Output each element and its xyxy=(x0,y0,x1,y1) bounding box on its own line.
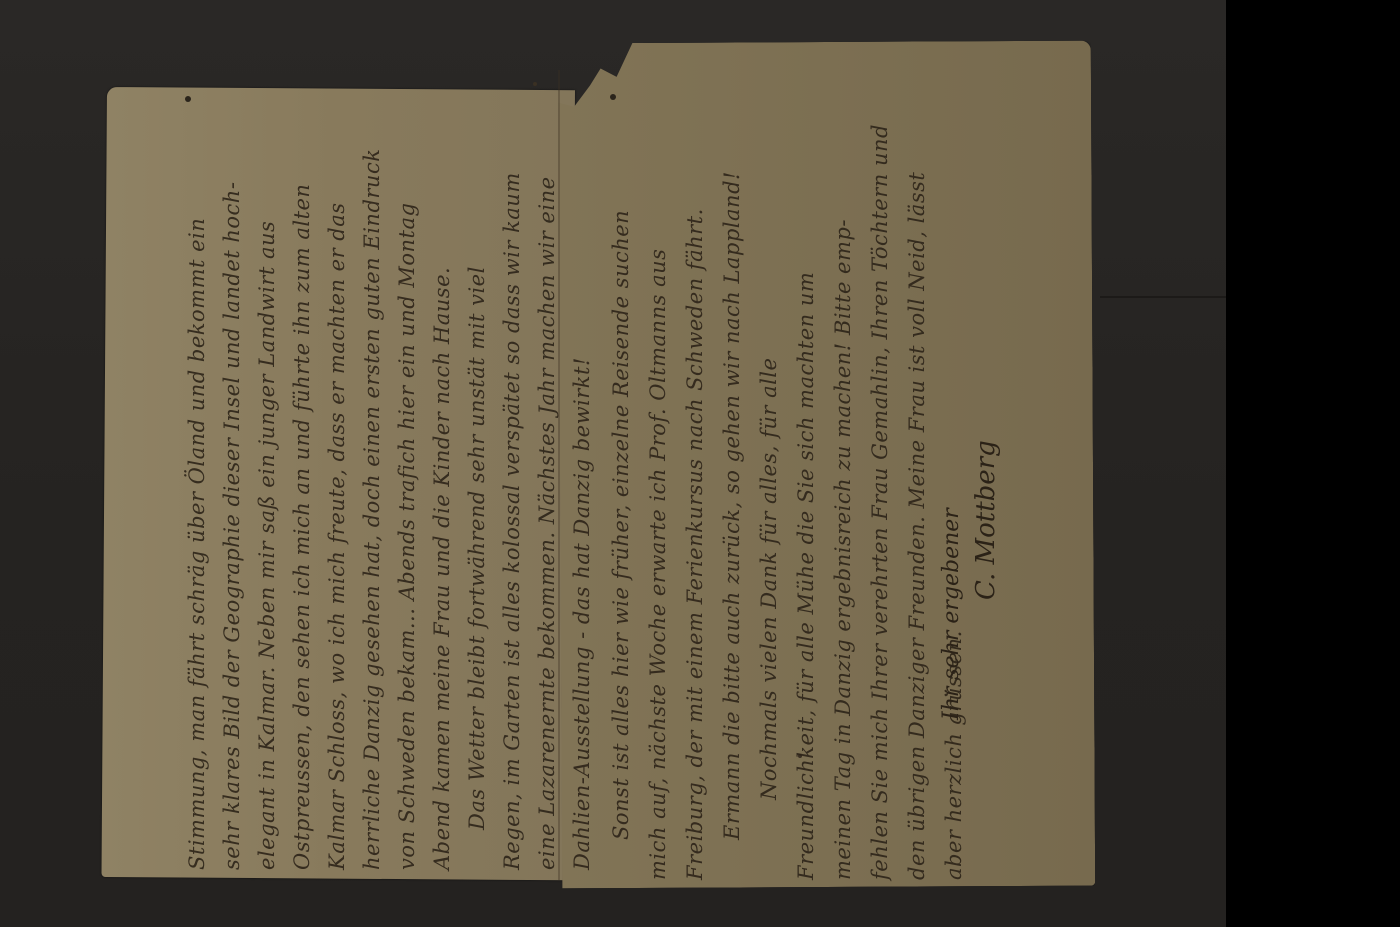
closing-salutation: Ihr sehr ergebener xyxy=(935,440,969,720)
handwritten-line: Freiburg, der mit einem Ferienkursus nac… xyxy=(677,80,714,880)
handwritten-line: sehr klares Bild der Geographie dieser I… xyxy=(215,110,250,870)
handwritten-line: Kalmar Schloss, wo ich mich freute, dass… xyxy=(320,110,355,870)
right-page-text: Sonst ist alles hier wie früher, einzeln… xyxy=(603,80,973,880)
handwritten-line: Dahlien-Ausstellung - das hat Danzig bew… xyxy=(565,110,600,870)
handwritten-line: Freundlichkeit, für alle Mühe die Sie si… xyxy=(788,80,825,880)
handwritten-line: meinen Tag in Danzig ergebnisreich zu ma… xyxy=(825,80,862,880)
black-margin-band xyxy=(1226,0,1400,927)
handwritten-line: Ermann die bitte auch zurück, so gehen w… xyxy=(714,80,751,880)
handwritten-line: den übrigen Danziger Freunden. Meine Fra… xyxy=(899,80,936,880)
ink-dot xyxy=(533,82,537,86)
handwritten-line: Stimmung, man fährt schräg über Öland un… xyxy=(180,110,215,870)
paper-tear-mark xyxy=(185,96,191,102)
left-page-text: Stimmung, man fährt schräg über Öland un… xyxy=(180,110,600,870)
handwritten-line: Regen, im Garten ist alles kolossal vers… xyxy=(495,110,530,870)
handwritten-line: Abend kamen meine Frau und die Kinder na… xyxy=(425,110,460,870)
handwritten-line: Sonst ist alles hier wie früher, einzeln… xyxy=(603,80,640,880)
handwritten-line: fehlen Sie mich Ihrer verehrten Frau Gem… xyxy=(862,80,899,880)
handwritten-line: elegant in Kalmar. Neben mir saß ein jun… xyxy=(250,110,285,870)
signature: C. Mottberg xyxy=(969,440,1003,720)
handwritten-line: Ostpreussen, den sehen ich mich an und f… xyxy=(285,110,320,870)
handwritten-line: von Schweden bekam... Abends trafich hie… xyxy=(390,110,425,870)
handwritten-line: eine Lazarenernte bekommen. Nächstes Jah… xyxy=(530,110,565,870)
handwritten-line: mich auf, nächste Woche erwarte ich Prof… xyxy=(640,80,677,880)
backdrop-seam xyxy=(1100,296,1226,298)
handwritten-line: herrliche Danzig gesehen hat, doch einen… xyxy=(355,110,390,870)
handwritten-line: Das Wetter bleibt fortwährend sehr unstä… xyxy=(460,110,495,870)
letter-closing: Ihr sehr ergebener C. Mottberg xyxy=(935,440,1003,720)
handwritten-line: Nochmals vielen Dank für alles, für alle xyxy=(751,80,788,880)
